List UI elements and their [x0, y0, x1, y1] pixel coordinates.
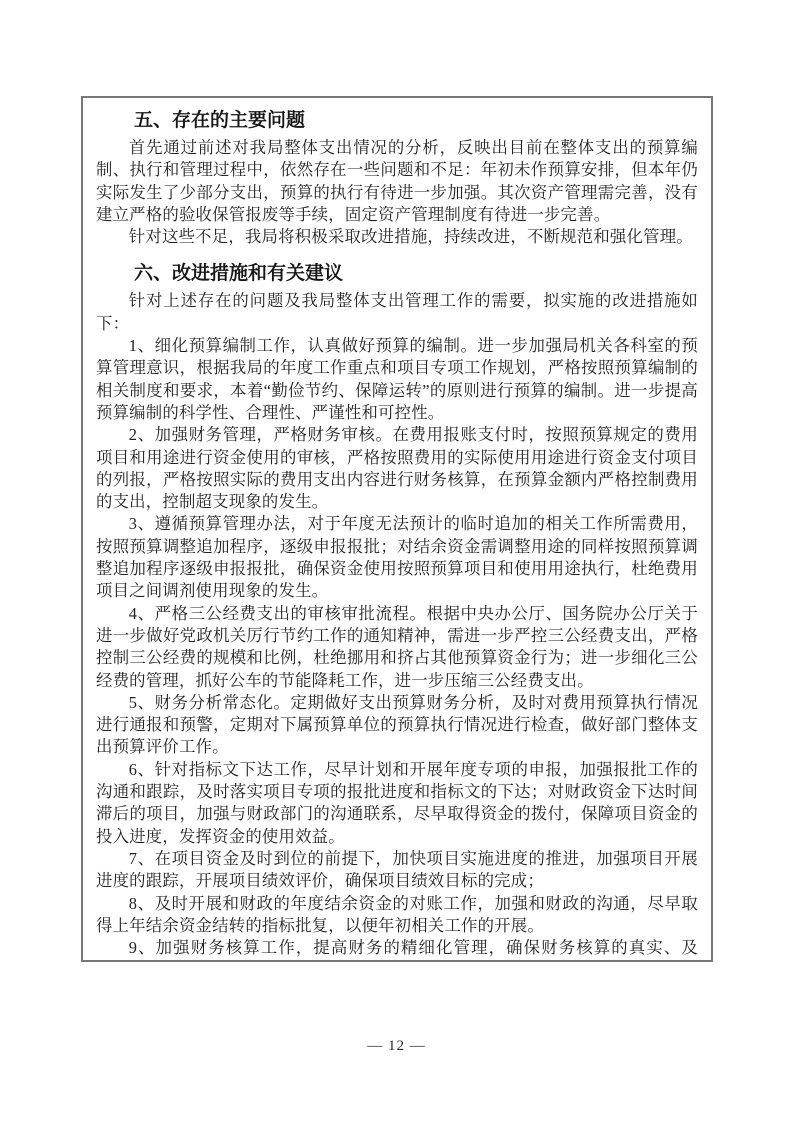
section-6-item-3: 3、遵循预算管理办法，对于年度无法预计的临时追加的相关工作所需费用，按照预算调整…: [96, 513, 698, 602]
section-6-item-2: 2、加强财务管理，严格财务审核。在费用报账支付时，按照预算规定的费用项目和用途进…: [96, 424, 698, 513]
section-6-item-5: 5、财务分析常态化。定期做好支出预算财务分析，及时对费用预算执行情况进行通报和预…: [96, 692, 698, 759]
section-6-heading: 六、改进措施和有关建议: [96, 261, 698, 287]
document-page: 五、存在的主要问题 首先通过前述对我局整体支出情况的分析，反映出目前在整体支出的…: [0, 0, 793, 1122]
content-border-box: 五、存在的主要问题 首先通过前述对我局整体支出情况的分析，反映出目前在整体支出的…: [81, 96, 713, 962]
section-6-item-8: 8、及时开展和财政的年度结余资金的对账工作，加强和财政的沟通，尽早取得上年结余资…: [96, 893, 698, 938]
section-6-item-6: 6、针对指标文下达工作，尽早计划和开展年度专项的申报，加强报批工作的沟通和跟踪，…: [96, 759, 698, 848]
section-5-heading: 五、存在的主要问题: [96, 108, 698, 134]
section-6-item-7: 7、在项目资金及时到位的前提下，加快项目实施进度的推进，加强项目开展进度的跟踪，…: [96, 848, 698, 893]
section-5-paragraph-2: 针对这些不足，我局将积极采取改进措施，持续改进，不断规范和强化管理。: [96, 226, 698, 248]
section-6-intro-paragraph: 针对上述存在的问题及我局整体支出管理工作的需要，拟实施的改进措施如下：: [96, 290, 698, 335]
section-6-item-4: 4、严格三公经费支出的审核审批流程。根据中央办公厅、国务院办公厅关于进一步做好党…: [96, 603, 698, 692]
section-6-item-9: 9、加强财务核算工作，提高财务的精细化管理，确保财务核算的真实、及时、准确、完整…: [96, 937, 698, 962]
section-6-item-1: 1、细化预算编制工作，认真做好预算的编制。进一步加强局机关各科室的预算管理意识，…: [96, 335, 698, 424]
page-number: — 12 —: [0, 1038, 793, 1055]
section-5-paragraph-1: 首先通过前述对我局整体支出情况的分析，反映出目前在整体支出的预算编制、执行和管理…: [96, 137, 698, 226]
